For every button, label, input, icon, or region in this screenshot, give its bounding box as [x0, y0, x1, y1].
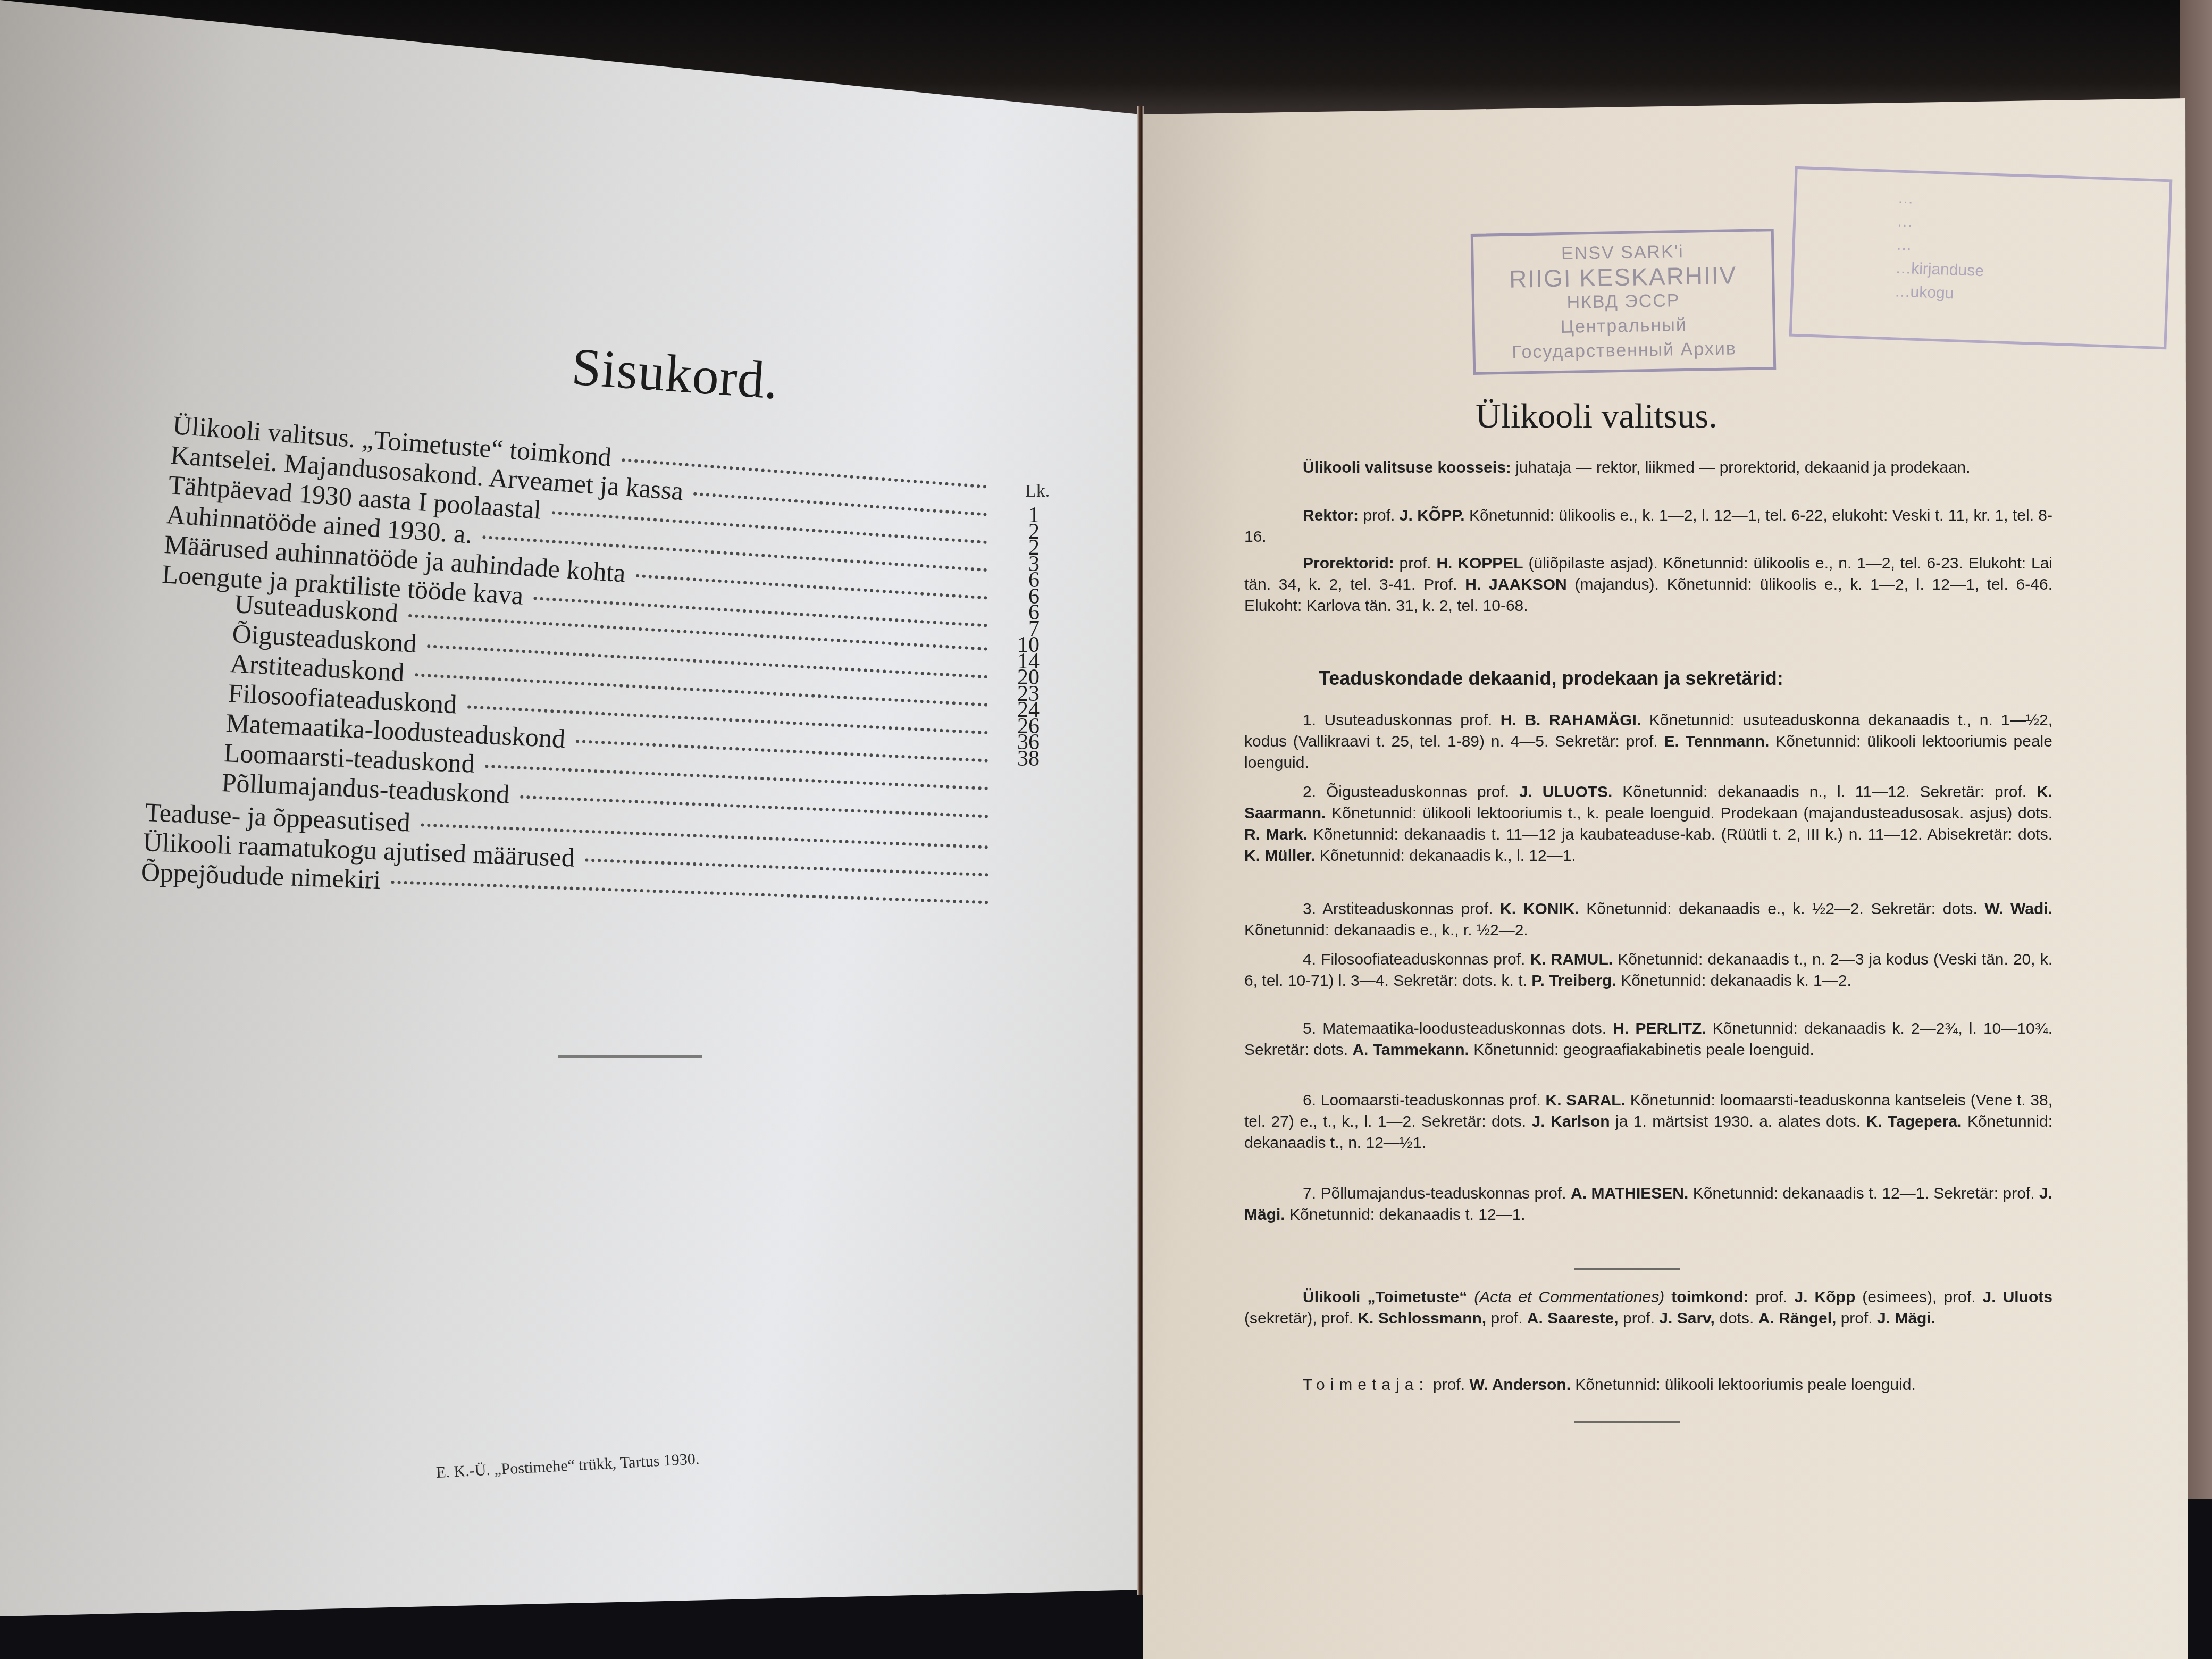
toc-page-number: 38 [997, 746, 1040, 772]
entry-number: 4. [1303, 951, 1316, 968]
entry-text: Kõnetunnid: dekanaadis t. 12—1. Sekretär… [1693, 1185, 2035, 1202]
editorial-label: Ülikooli „Toimetuste“ [1303, 1288, 1467, 1306]
entry-text: (sekretär), prof. [1244, 1310, 1353, 1327]
person-name: K. RAMUL. [1530, 951, 1613, 968]
divider-rule [1574, 1421, 1680, 1423]
rector-entry: Rektor: prof. J. KÕPP. Kõnetunnid: üliko… [1244, 505, 2052, 548]
entry-text: Kõnetunnid: dekanaadis t. 11—12 ja kauba… [1313, 826, 2052, 843]
entry-text: prof. [1623, 1310, 1655, 1327]
person-name: K. SARAL. [1546, 1092, 1626, 1109]
dean-entry-1: 1. Usuteaduskonnas prof. H. B. RAHAMÄGI.… [1244, 710, 2052, 774]
faculty: Loomaarsti-teaduskonnas prof. [1321, 1092, 1541, 1109]
title-prefix: prof. [1363, 507, 1395, 524]
entry-text: Kõnetunnid: dekanaadis n., l. 11—12. Sek… [1622, 783, 2026, 801]
entry-text: Kõnetunnid: dekanaadis t. 12—1. [1289, 1206, 1526, 1224]
library-stamp: … … … …kirjanduse …ukogu [1789, 166, 2173, 350]
latin-title: (Acta et Commentationes) [1474, 1288, 1664, 1306]
person-name: J. Kõpp [1795, 1288, 1856, 1306]
person-name: K. Müller. [1244, 847, 1315, 865]
person-name: W. Anderson. [1469, 1376, 1571, 1394]
person-name: A. Rängel, [1758, 1310, 1837, 1327]
entry-text: Kõnetunnid: dekanaadis e., k., r. ½2—2. [1244, 921, 1528, 939]
editorial-board-entry: Ülikooli „Toimetuste“ (Acta et Commentat… [1244, 1287, 2052, 1329]
board-composition: Ülikooli valitsuse koosseis: juhataja — … [1244, 457, 2052, 479]
person-name: R. Mark. [1244, 826, 1308, 843]
page-title: Ülikooli valitsus. [1476, 396, 1717, 437]
entry-number: 3. [1303, 900, 1316, 918]
faculty: Õigusteaduskonnas prof. [1326, 783, 1509, 801]
title-prefix: prof. [1400, 555, 1431, 572]
entry-text: prof. [1490, 1310, 1522, 1327]
person-name: H. B. RAHAMÄGI. [1501, 711, 1641, 729]
entry-text: ja 1. märtsist 1930. a. alates dots. [1615, 1113, 1861, 1130]
prorectors-entry: Prorektorid: prof. H. KOPPEL (üliõpilast… [1244, 553, 2052, 617]
entry-text: Kõnetunnid: dekanaadis k., l. 12—1. [1320, 847, 1576, 865]
person-name: A. Tammekann. [1352, 1041, 1469, 1059]
person-name: A. MATHIESEN. [1571, 1185, 1688, 1202]
person-name: A. Saareste, [1527, 1310, 1619, 1327]
entry-text: dots. [1719, 1310, 1754, 1327]
entry-text: Kõnetunnid: ülikooli lektooriumis t., k.… [1331, 805, 2052, 822]
person-name: W. Wadi. [1984, 900, 2052, 918]
entry-text: prof. [1841, 1310, 1873, 1327]
toc-page-column-label: Lk. [1025, 481, 1050, 501]
stamp-line: RIIGI KESKARHIIV [1474, 262, 1772, 292]
faculty: Filosoofiateaduskonnas prof. [1321, 951, 1525, 968]
entry-number: 2. [1303, 783, 1316, 801]
editor-label: Toimetaja: [1303, 1376, 1429, 1394]
section-heading: Teaduskondade dekaanid, prodekaan ja sek… [1319, 667, 1783, 690]
entry-number: 5. [1303, 1020, 1316, 1037]
person-name: P. Treiberg. [1531, 972, 1616, 990]
person-name: J. Sarv, [1659, 1310, 1715, 1327]
entry-number: 7. [1303, 1185, 1316, 1202]
dean-entry-5: 5. Matemaatika-loodusteaduskonnas dots. … [1244, 1018, 2052, 1061]
dean-entry-3: 3. Arstiteaduskonnas prof. K. KONIK. Kõn… [1244, 899, 2052, 941]
faculty: Arstiteaduskonnas prof. [1322, 900, 1493, 918]
entry-text: Kõnetunnid: dekanaadis k. 1—2. [1621, 972, 1851, 990]
faculty: Põllumajandus-teaduskonnas prof. [1321, 1185, 1566, 1202]
archive-stamp: ENSV SARK'i RIIGI KESKARHIIV НКВД ЭССР Ц… [1471, 229, 1777, 375]
entry-text: Kõnetunnid: geograafiakabinetis peale lo… [1473, 1041, 1814, 1059]
composition-label: Ülikooli valitsuse koosseis: [1303, 459, 1511, 476]
person-name: E. Tennmann. [1664, 733, 1770, 750]
person-name: H. PERLITZ. [1613, 1020, 1706, 1037]
dean-entry-7: 7. Põllumajandus-teaduskonnas prof. A. M… [1244, 1183, 2052, 1226]
divider-rule [1574, 1268, 1680, 1270]
person-name: J. KÕPP. [1400, 507, 1465, 524]
person-name: J. Uluots [1983, 1288, 2052, 1306]
person-name: J. Karlson [1532, 1113, 1610, 1130]
dean-entry-4: 4. Filosoofiateaduskonnas prof. K. RAMUL… [1244, 949, 2052, 992]
entry-number: 6. [1303, 1092, 1316, 1109]
entry-text: Kõnetunnid: dekanaadis e., k. ½2—2. Sekr… [1586, 900, 1978, 918]
composition-text: juhataja — rektor, liikmed — prorektorid… [1515, 459, 1970, 476]
divider-rule [558, 1055, 702, 1058]
title-prefix: prof. [1433, 1376, 1465, 1394]
person-name: J. Mägi. [1877, 1310, 1935, 1327]
entry-text: (esimees), prof. [1862, 1288, 1975, 1306]
entry-number: 1. [1303, 711, 1316, 729]
editor-entry: Toimetaja: prof. W. Anderson. Kõnetunnid… [1244, 1375, 2052, 1396]
dean-entry-2: 2. Õigusteaduskonnas prof. J. ULUOTS. Kõ… [1244, 782, 2052, 867]
faculty: Matemaatika-loodusteaduskonnas dots. [1322, 1020, 1606, 1037]
editorial-label: toimkond: [1671, 1288, 1748, 1306]
stamp-line: Государственный Архив [1475, 336, 1773, 365]
faculty: Usuteaduskonnas prof. [1325, 711, 1493, 729]
prorectors-label: Prorektorid: [1303, 555, 1394, 572]
entry-text: Kõnetunnid: ülikooli lektooriumis peale … [1575, 1376, 1915, 1394]
book-spine-gutter [1137, 106, 1144, 1595]
dean-entry-6: 6. Loomaarsti-teaduskonnas prof. K. SARA… [1244, 1090, 2052, 1154]
person-name: H. JAAKSON [1465, 576, 1566, 593]
person-name: K. Tagepera. [1866, 1113, 1962, 1130]
person-name: J. ULUOTS. [1519, 783, 1613, 801]
rector-label: Rektor: [1303, 507, 1359, 524]
person-name: K. KONIK. [1500, 900, 1579, 918]
person-name: K. Schlossmann, [1358, 1310, 1486, 1327]
title-prefix: prof. [1755, 1288, 1787, 1306]
person-name: H. KOPPEL [1436, 555, 1523, 572]
